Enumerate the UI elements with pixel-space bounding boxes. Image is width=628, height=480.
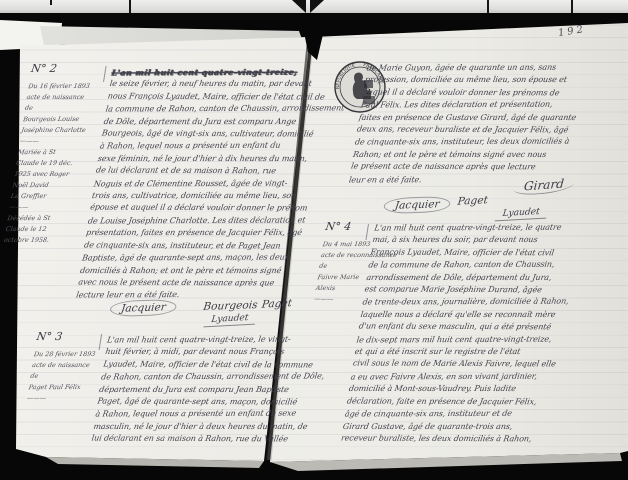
manuscript-line: le présent acte de naissance après que l… bbox=[350, 161, 582, 174]
manuscript-line: Décédée à St bbox=[7, 213, 95, 224]
manuscript-line: L'an mil huit cent quatre-vingt-treize, … bbox=[373, 221, 605, 234]
signature-jacquier: Jacquier bbox=[109, 300, 178, 316]
signature-girard: Girard bbox=[513, 178, 575, 194]
film-frame-marker-icon bbox=[290, 0, 328, 13]
manuscript-line: civil sous le nom de Marie Alexis Faivre… bbox=[352, 358, 584, 371]
signature-text: Lyaudet bbox=[495, 207, 547, 222]
microfilm-frame: RÉPUBLIQUE FRANÇAISE 2 192 N° 2 Du 16 fé… bbox=[0, 0, 628, 480]
manuscript-line: a eu avec Faivre Alexis, en son vivant j… bbox=[350, 370, 582, 383]
manuscript-line: Rahon; et ont le père et témoins signé a… bbox=[352, 149, 584, 161]
film-mark bbox=[571, 0, 573, 13]
manuscript-line: mai, à six heures du soir, par devant no… bbox=[371, 234, 603, 246]
manuscript-line: Noël David bbox=[12, 180, 100, 191]
manuscript-line: et qui a été inscrit sur le registre de … bbox=[354, 346, 586, 358]
signature-paget: Paget bbox=[457, 194, 488, 208]
manuscript-line: de trente-deux ans, journalière, domicil… bbox=[362, 296, 594, 309]
manuscript-line: 1925 avec Roger bbox=[14, 169, 102, 180]
manuscript-line: Claude le 19 déc. bbox=[15, 158, 103, 169]
manuscript-line: domicilié à Mont-sous-Vaudrey. Puis ladi… bbox=[348, 383, 580, 395]
signature-text: Girard bbox=[513, 176, 575, 196]
film-mark bbox=[50, 0, 52, 5]
manuscript-line: laquelle nous a déclaré qu'elle se recon… bbox=[360, 309, 592, 321]
manuscript-line: ——— bbox=[19, 136, 107, 147]
manuscript-line: ——— bbox=[8, 202, 96, 213]
manuscript-line: faites en présence de Gustave Girard, âg… bbox=[358, 112, 590, 124]
film-mark bbox=[129, 0, 131, 13]
manuscript-line: de cinquante-six ans, instituteur, les d… bbox=[354, 136, 586, 149]
manuscript-line: Bourgeois Louise bbox=[22, 114, 110, 125]
signature-text: Jacquier bbox=[109, 299, 178, 317]
manuscript-line: Joséphine Charlotte bbox=[20, 125, 108, 136]
manuscript-line: Du 16 février 1893 bbox=[27, 81, 115, 92]
manuscript-line: Girard Gustave, âgé de quarante-trois an… bbox=[342, 421, 574, 433]
manuscript-line: profession, domiciliée au même lieu, son… bbox=[364, 74, 596, 86]
signature-jacquier: Jacquier bbox=[383, 197, 452, 213]
manuscript-line: octobre 1958. bbox=[3, 235, 91, 246]
right-page-content: de Marie Guyon, âgée de quarante un ans,… bbox=[198, 22, 628, 462]
act-3-continuation-body: de Marie Guyon, âgée de quarante un ans,… bbox=[348, 62, 598, 186]
manuscript-line: acte de naissance bbox=[26, 92, 114, 103]
signature-text: Jacquier bbox=[383, 196, 452, 214]
manuscript-line: Le Greffier bbox=[10, 191, 98, 202]
manuscript-line: d'un enfant du sexe masculin, qui a été … bbox=[358, 321, 590, 334]
manuscript-line: arrondissement de Dôle, département du J… bbox=[365, 272, 597, 284]
manuscript-line: Paul Félix. Les dites déclaration et pré… bbox=[360, 99, 592, 112]
manuscript-line: déclaration, faite en présence de Jacqui… bbox=[346, 395, 578, 408]
film-mark bbox=[487, 0, 489, 13]
manuscript-line: Mariée à St bbox=[17, 147, 105, 158]
act-4-body: L'an mil huit cent quatre-vingt-treize, … bbox=[340, 222, 605, 445]
manuscript-line: de bbox=[24, 103, 112, 114]
manuscript-line: le dix-sept mars mil huit cent quatre-vi… bbox=[356, 333, 588, 346]
signature-lyaudet: Lyaudet bbox=[495, 208, 548, 220]
manuscript-line: de Marie Guyon, âgée de quarante un ans,… bbox=[366, 61, 598, 74]
manuscript-line: receveur buraliste, les deux domiciliés … bbox=[340, 432, 572, 445]
film-strip bbox=[0, 0, 628, 13]
manuscript-line: âgé de cinquante-six ans, instituteur et… bbox=[344, 408, 576, 421]
manuscript-line: Claude le 12 bbox=[5, 224, 93, 235]
manuscript-line: de la commune de Rahon, canton de Chauss… bbox=[367, 259, 599, 272]
